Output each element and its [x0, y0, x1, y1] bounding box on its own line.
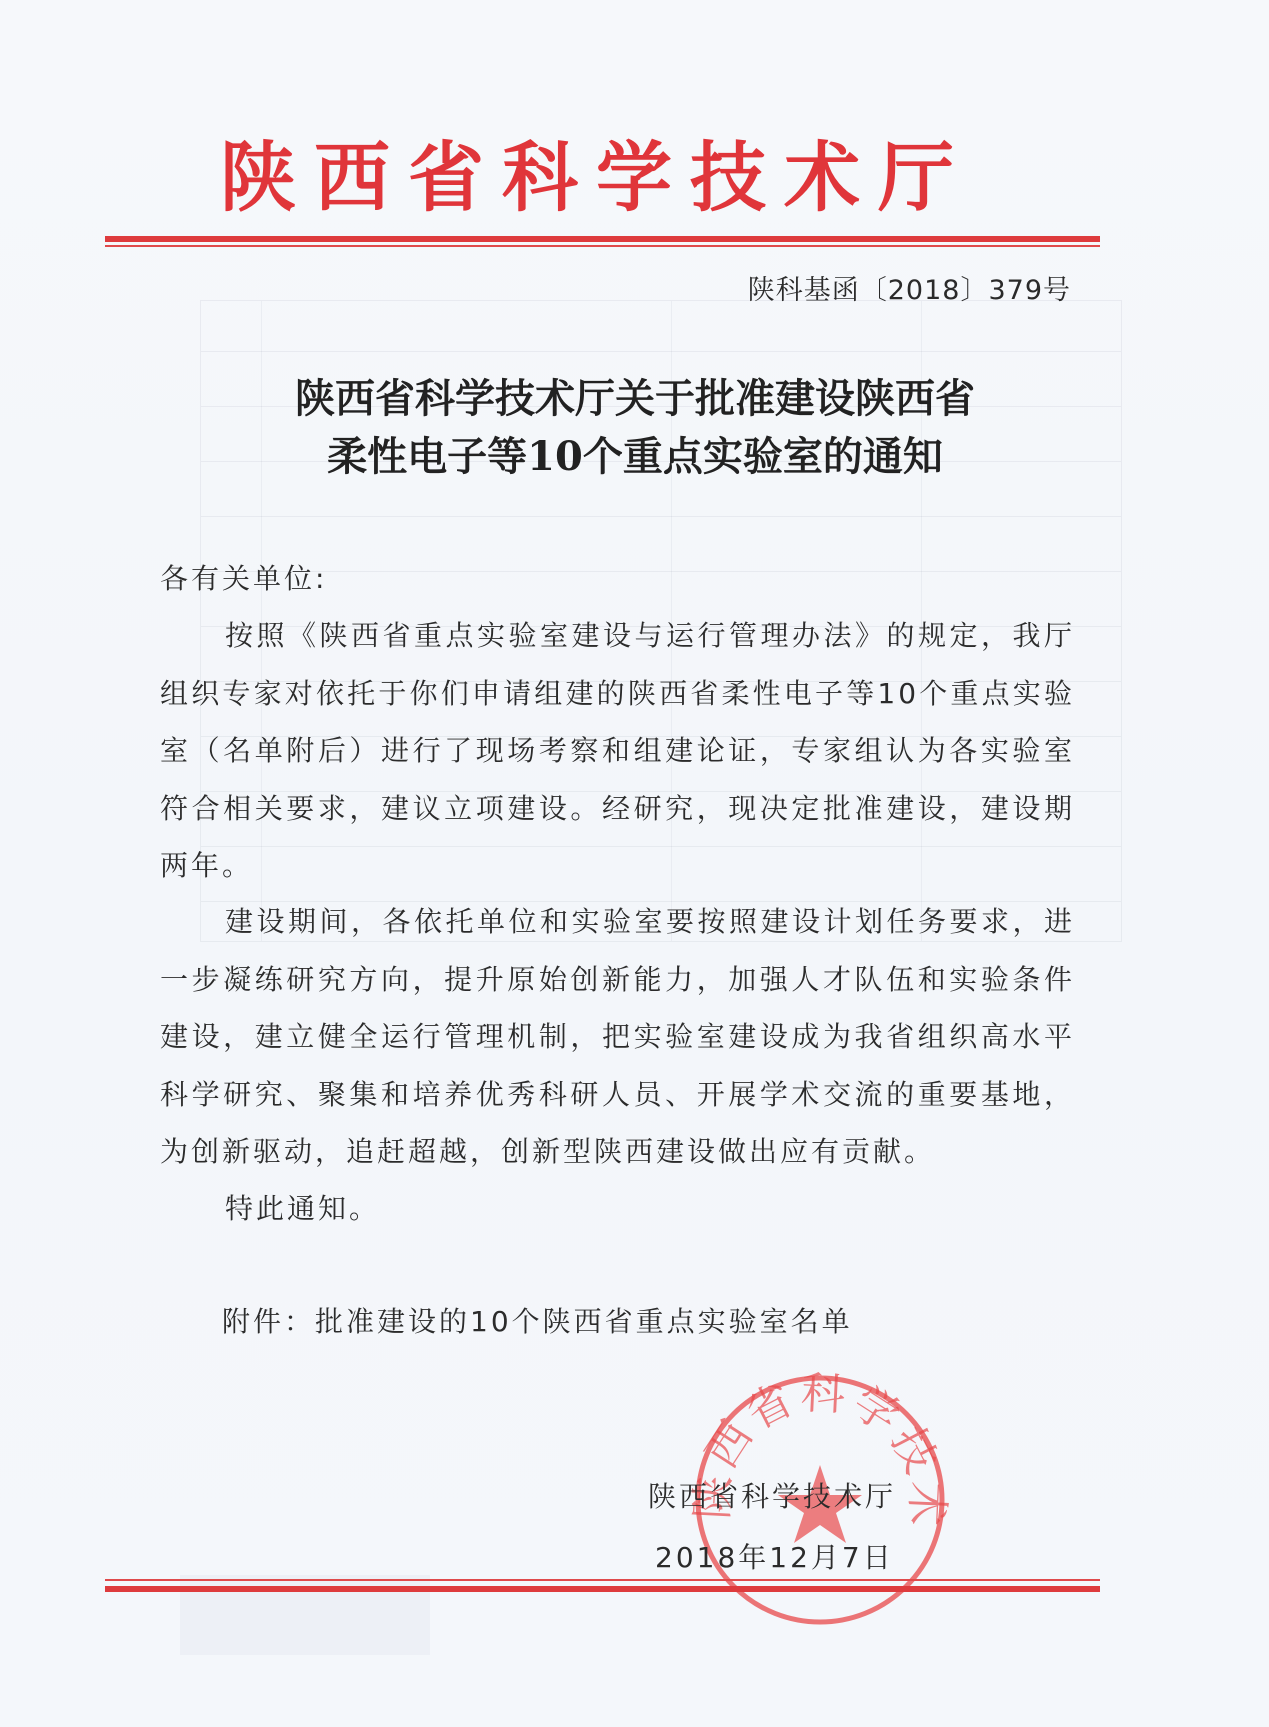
issue-date: 2018年12月7日: [655, 1536, 894, 1576]
document-title-line-1: 陕西省科学技术厅关于批准建设陕西省: [150, 370, 1120, 428]
document-title: 陕西省科学技术厅关于批准建设陕西省 柔性电子等10个重点实验室的通知: [150, 370, 1120, 486]
body-paragraph-2: 建设期间，各依托单位和实验室要按照建设计划任务要求，进一步凝练研究方向，提升原始…: [160, 893, 1075, 1181]
letterhead-rule-thick: [105, 236, 1100, 242]
closing-line: 特此通知。: [225, 1180, 1140, 1238]
footer-rule-thin: [105, 1579, 1100, 1581]
document-page: 陕西省科学技术厅 陕科基函〔2018〕379号 陕西省科学技术厅关于批准建设陕西…: [0, 0, 1269, 1727]
document-title-line-2: 柔性电子等10个重点实验室的通知: [150, 428, 1120, 486]
salutation: 各有关单位:: [160, 550, 1075, 608]
footer-rule-thick: [105, 1586, 1100, 1592]
attachment-note: 附件：批准建设的10个陕西省重点实验室名单: [222, 1300, 853, 1340]
issuer-name: 陕西省科学技术厅: [648, 1475, 896, 1515]
document-number: 陕科基函〔2018〕379号: [748, 268, 1071, 307]
letterhead-agency-name: 陕西省科学技术厅: [220, 140, 1020, 216]
letterhead-rule-thin: [105, 245, 1100, 247]
body-paragraph-1: 按照《陕西省重点实验室建设与运行管理办法》的规定，我厅组织专家对依托于你们申请组…: [160, 607, 1075, 895]
